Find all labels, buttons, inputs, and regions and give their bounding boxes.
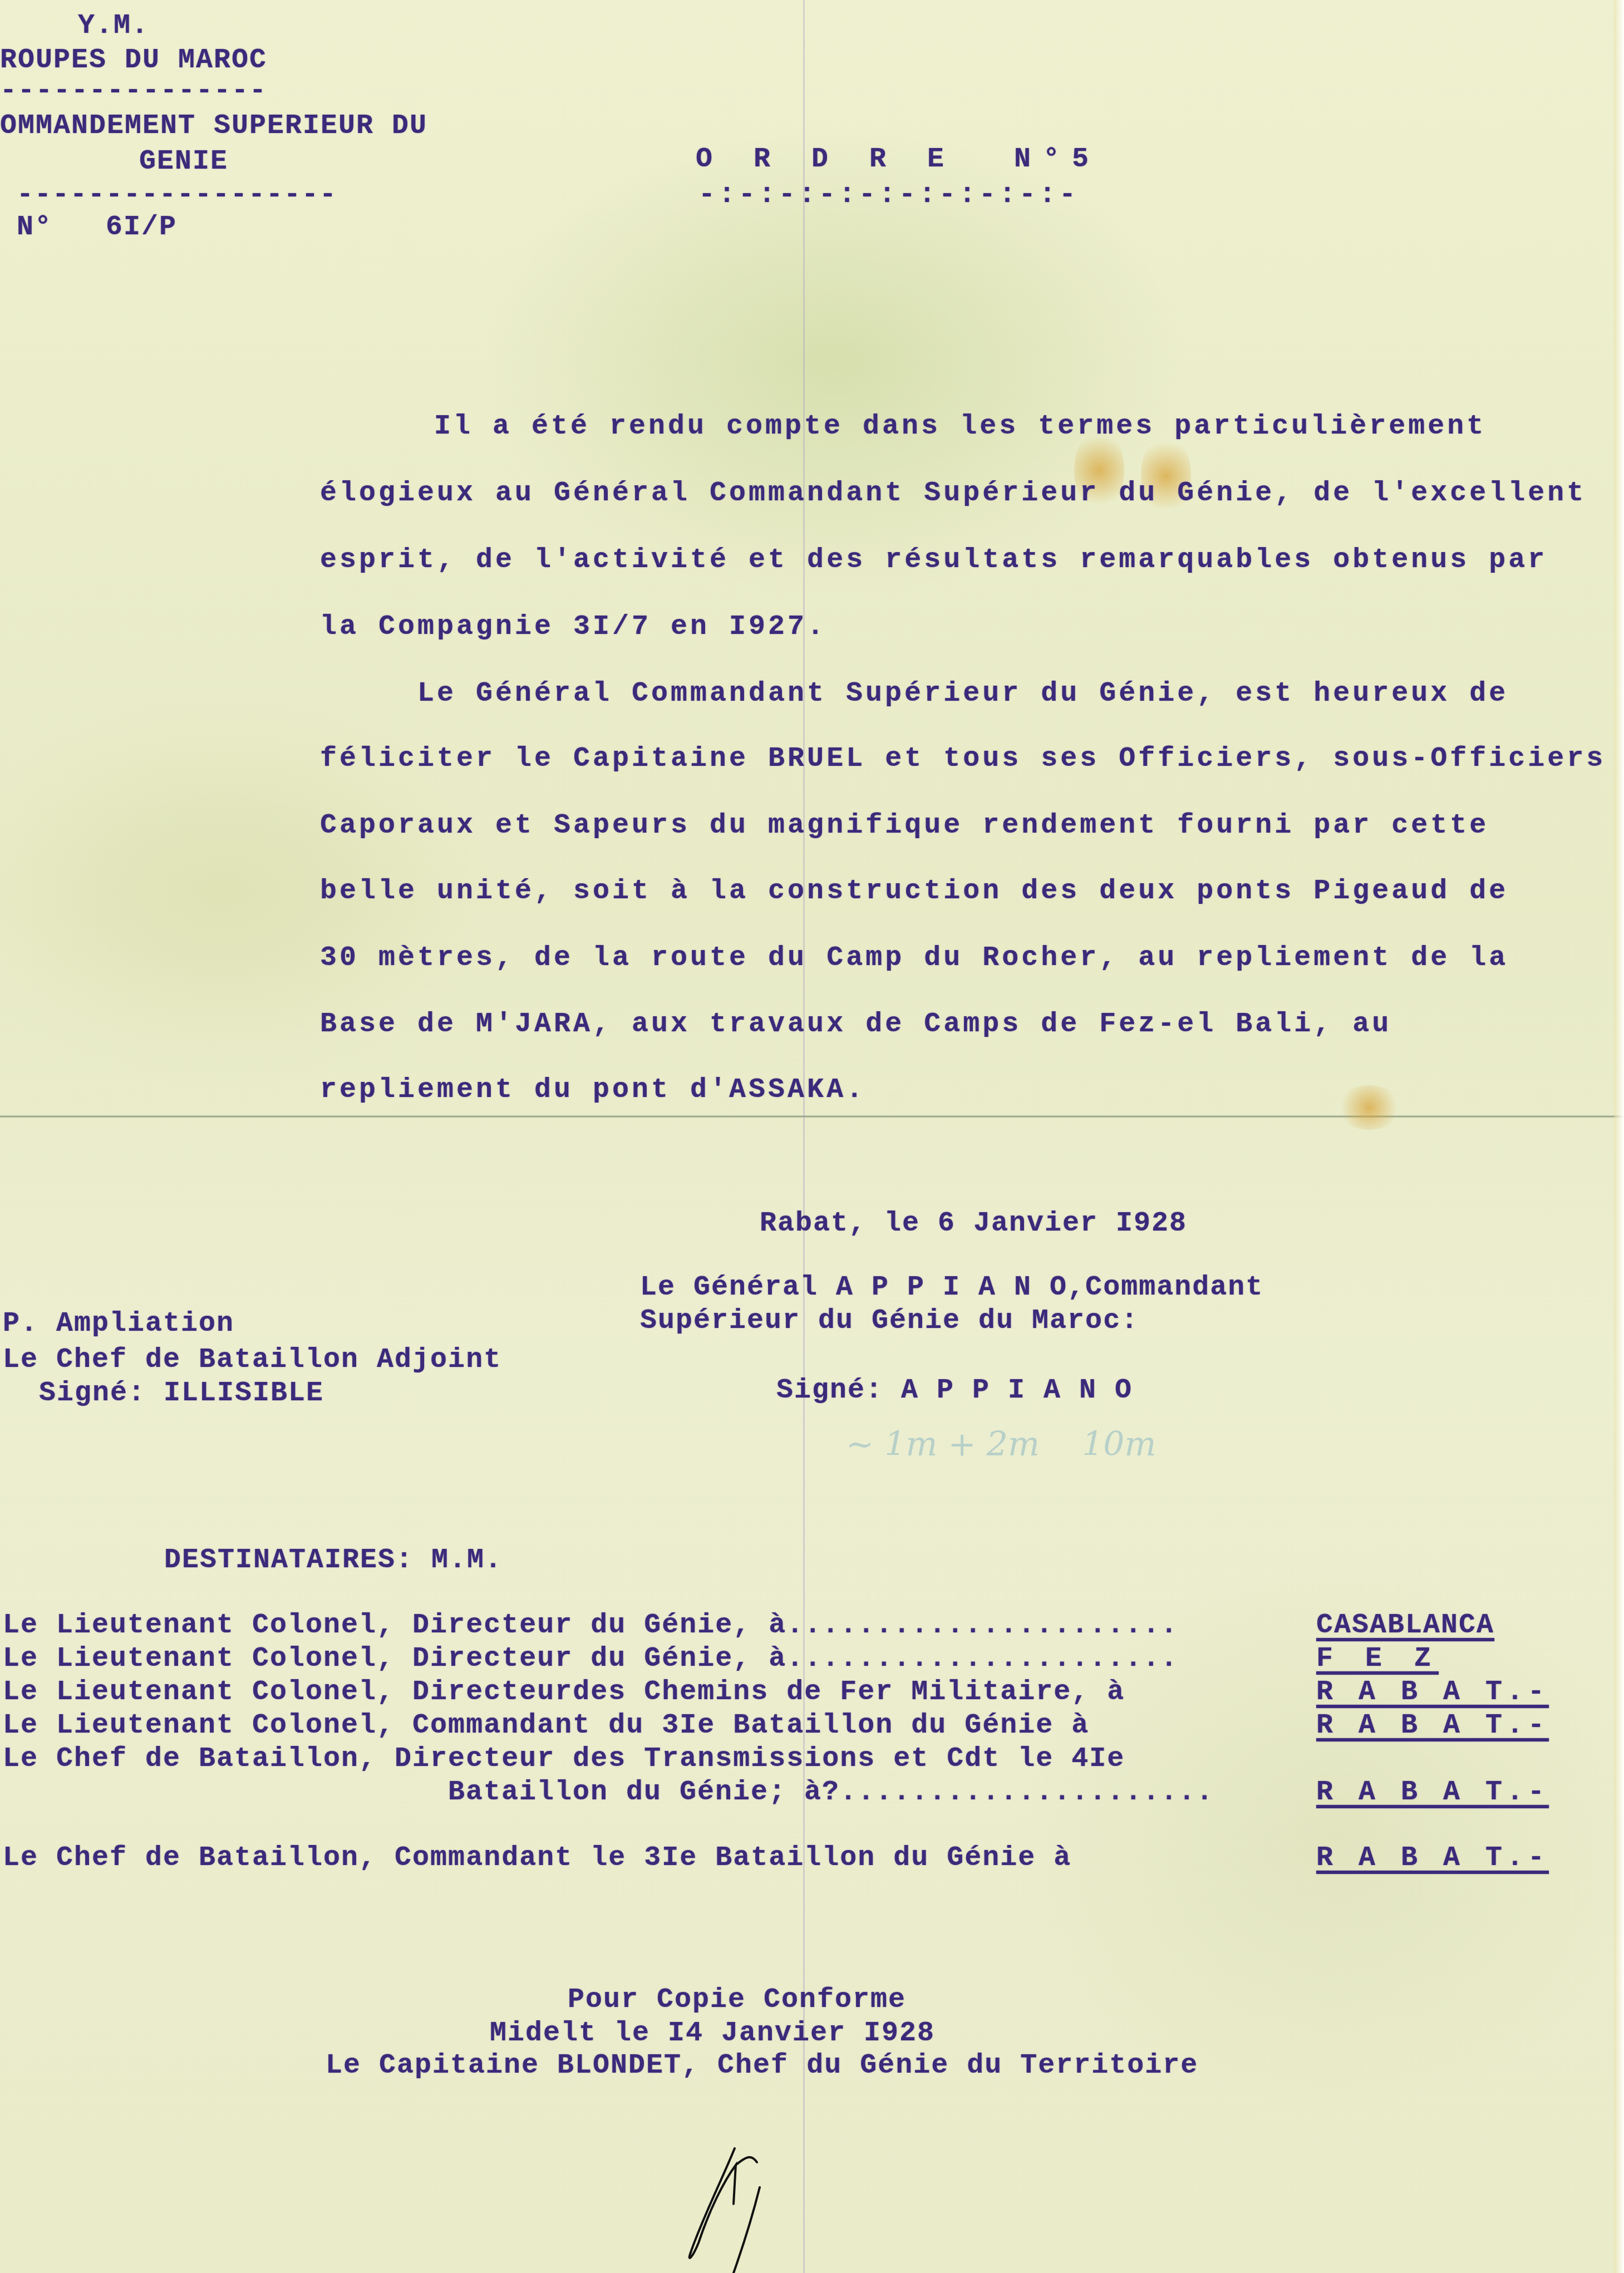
ampliation-line-1: P. Ampliation xyxy=(3,1308,234,1340)
stain xyxy=(1336,1085,1402,1130)
signatory-line-2: Supérieur du Génie du Maroc: xyxy=(640,1305,1139,1337)
header-separator-1: --------------- xyxy=(0,75,267,107)
paragraph-2-line: belle unité, soit à la construction des … xyxy=(320,875,1508,907)
handwritten-annotation: ~ 1m + 2m 10m xyxy=(846,1425,1156,1464)
header-line-2: ROUPES DU MAROC xyxy=(0,45,267,76)
signatory-signed: Signé: A P P I A N O xyxy=(776,1375,1133,1406)
ampliation-line-3: Signé: ILLISIBLE xyxy=(39,1377,324,1409)
recipient-city: R A B A T.- xyxy=(1316,1710,1549,1741)
recipient-city: R A B A T.- xyxy=(1316,1676,1549,1708)
paragraph-2-line: Caporaux et Sapeurs du magnifique rendem… xyxy=(320,810,1489,842)
handwritten-signature xyxy=(668,2143,801,2273)
header-line-4: GENIE xyxy=(139,146,228,178)
title-decoration: -:-:-:-:-:-:-:-:-:- xyxy=(698,179,1079,211)
paragraph-2-line: Le Général Commandant Supérieur du Génie… xyxy=(417,678,1508,710)
ampliation-line-2: Le Chef de Bataillon Adjoint xyxy=(3,1344,501,1376)
recipient-row: Le Lieutenant Colonel, Directeurdes Chem… xyxy=(3,1676,1125,1708)
paragraph-1-line: la Compagnie 3I/7 en I927. xyxy=(320,611,826,643)
recipient-row-continuation: Bataillon du Génie; à?..................… xyxy=(448,1777,1214,1808)
paragraph-2-line: repliement du pont d'ASSAKA. xyxy=(320,1074,865,1106)
certification-line-2: Midelt le I4 Janvier I928 xyxy=(490,2018,935,2049)
document-page: Y.M. ROUPES DU MAROC --------------- OMM… xyxy=(0,0,1624,2273)
paragraph-2-line: 30 mètres, de la route du Camp du Rocher… xyxy=(320,942,1508,974)
header-separator-2: ------------------ xyxy=(17,179,337,211)
paper-fold-vertical xyxy=(803,0,805,2273)
certification-line-1: Pour Copie Conforme xyxy=(568,1984,906,2016)
recipient-row: Le Chef de Bataillon, Directeur des Tran… xyxy=(3,1743,1125,1775)
header-line-3: OMMANDEMENT SUPERIEUR DU xyxy=(0,110,427,142)
paragraph-1-line: Il a été rendu compte dans les termes pa… xyxy=(434,411,1486,442)
recipient-row: Le Chef de Bataillon, Commandant le 3Ie … xyxy=(3,1842,1071,1874)
recipients-heading: DESTINATAIRES: M.M. xyxy=(164,1544,503,1576)
recipient-row: Le Lieutenant Colonel, Directeur du Géni… xyxy=(3,1643,1178,1675)
recipient-city: R A B A T.- xyxy=(1316,1777,1549,1808)
paragraph-1-line: élogieux au Général Commandant Supérieur… xyxy=(320,478,1586,509)
reference-number: N° 6I/P xyxy=(17,211,177,243)
document-title: O R D R E N°5 xyxy=(696,144,1101,175)
paragraph-2-line: Base de M'JARA, aux travaux de Camps de … xyxy=(320,1008,1391,1040)
recipient-row: Le Lieutenant Colonel, Directeur du Géni… xyxy=(3,1610,1178,1641)
signatory-line-1: Le Général A P P I A N O,Commandant xyxy=(640,1272,1263,1303)
certification-line-3: Le Capitaine BLONDET, Chef du Génie du T… xyxy=(326,2050,1198,2082)
recipient-city: CASABLANCA xyxy=(1316,1610,1494,1641)
recipient-city: R A B A T.- xyxy=(1316,1842,1549,1874)
recipient-row: Le Lieutenant Colonel, Commandant du 3Ie… xyxy=(3,1710,1089,1741)
paper-edge xyxy=(1614,0,1624,2273)
header-line-1: Y.M. xyxy=(78,10,149,42)
recipient-city: F E Z xyxy=(1316,1643,1439,1675)
dateline: Rabat, le 6 Janvier I928 xyxy=(760,1208,1187,1239)
paragraph-1-line: esprit, de l'activité et des résultats r… xyxy=(320,544,1547,576)
paragraph-2-line: féliciter le Capitaine BRUEL et tous ses… xyxy=(320,743,1606,775)
